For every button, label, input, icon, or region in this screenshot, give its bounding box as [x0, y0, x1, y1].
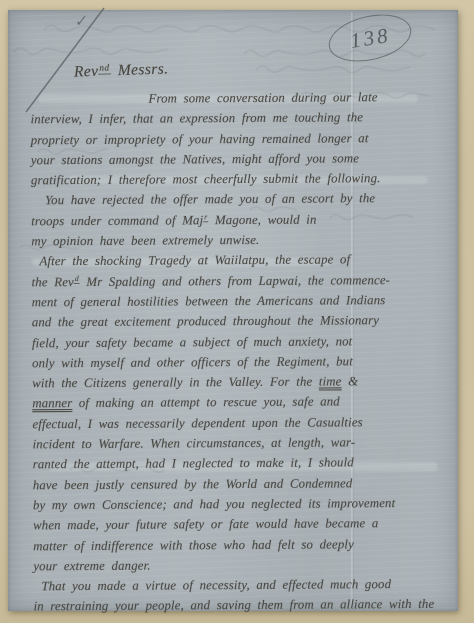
letter-line: in restraining your people, and saving t…: [33, 594, 457, 617]
letter-line: and the great excitement produced throug…: [32, 310, 456, 333]
salutation-prefix: Rev: [74, 63, 99, 81]
page-number: 138: [348, 22, 392, 53]
letter-body: From some conversation during our latein…: [30, 87, 457, 617]
letter-line: your stations amongst the Natives, might…: [31, 148, 455, 171]
letter-line: the Revd Mr Spalding and others from Lap…: [32, 269, 456, 292]
letter-line: matter of indifference with those who ha…: [33, 533, 457, 556]
letter-line: when made, your future safety or fate wo…: [33, 513, 457, 536]
letter-line: That you made a virtue of necessity, and…: [41, 574, 457, 597]
letter-line: incident to Warfare. When circumstances,…: [32, 432, 456, 455]
letter-line: effectual, I was necessarily dependent u…: [32, 411, 456, 434]
letter-line: From some conversation during our late: [148, 87, 454, 109]
letter-line: interview, I infer, that an expression f…: [31, 107, 455, 130]
letter-line: propriety or impropriety of your having …: [31, 127, 455, 150]
letter-line: field, your safety became a subject of m…: [32, 330, 456, 353]
salutation: Revnd Messrs.: [74, 60, 169, 81]
letter-line: with the Citizens generally in the Valle…: [32, 371, 456, 394]
salutation-suffix: Messrs.: [110, 60, 168, 79]
letter-line: ranted the attempt, had I neglected to m…: [33, 452, 457, 475]
letter-line: manner of making an attempt to rescue yo…: [32, 391, 456, 414]
letter-line: your extreme danger.: [33, 554, 457, 577]
letter-line: troops under command of Majr Magone, wou…: [31, 208, 455, 231]
letter-line: have been justly censured by the World a…: [33, 472, 457, 495]
letter-line: After the shocking Tragedy at Waiilatpu,…: [39, 249, 455, 272]
salutation-superscript: nd: [98, 63, 110, 74]
letter-line: by my own Conscience; and had you neglec…: [33, 493, 457, 516]
letter-line: ment of general hostilities between the …: [32, 290, 456, 313]
letter-line: my opinion have been extremely unwise.: [31, 229, 455, 252]
letter-line: only with myself and other officers of t…: [32, 351, 456, 374]
letter-line: gratification; I therefore most cheerful…: [31, 168, 455, 191]
letter-line: You have rejected the offer made you of …: [45, 188, 455, 211]
